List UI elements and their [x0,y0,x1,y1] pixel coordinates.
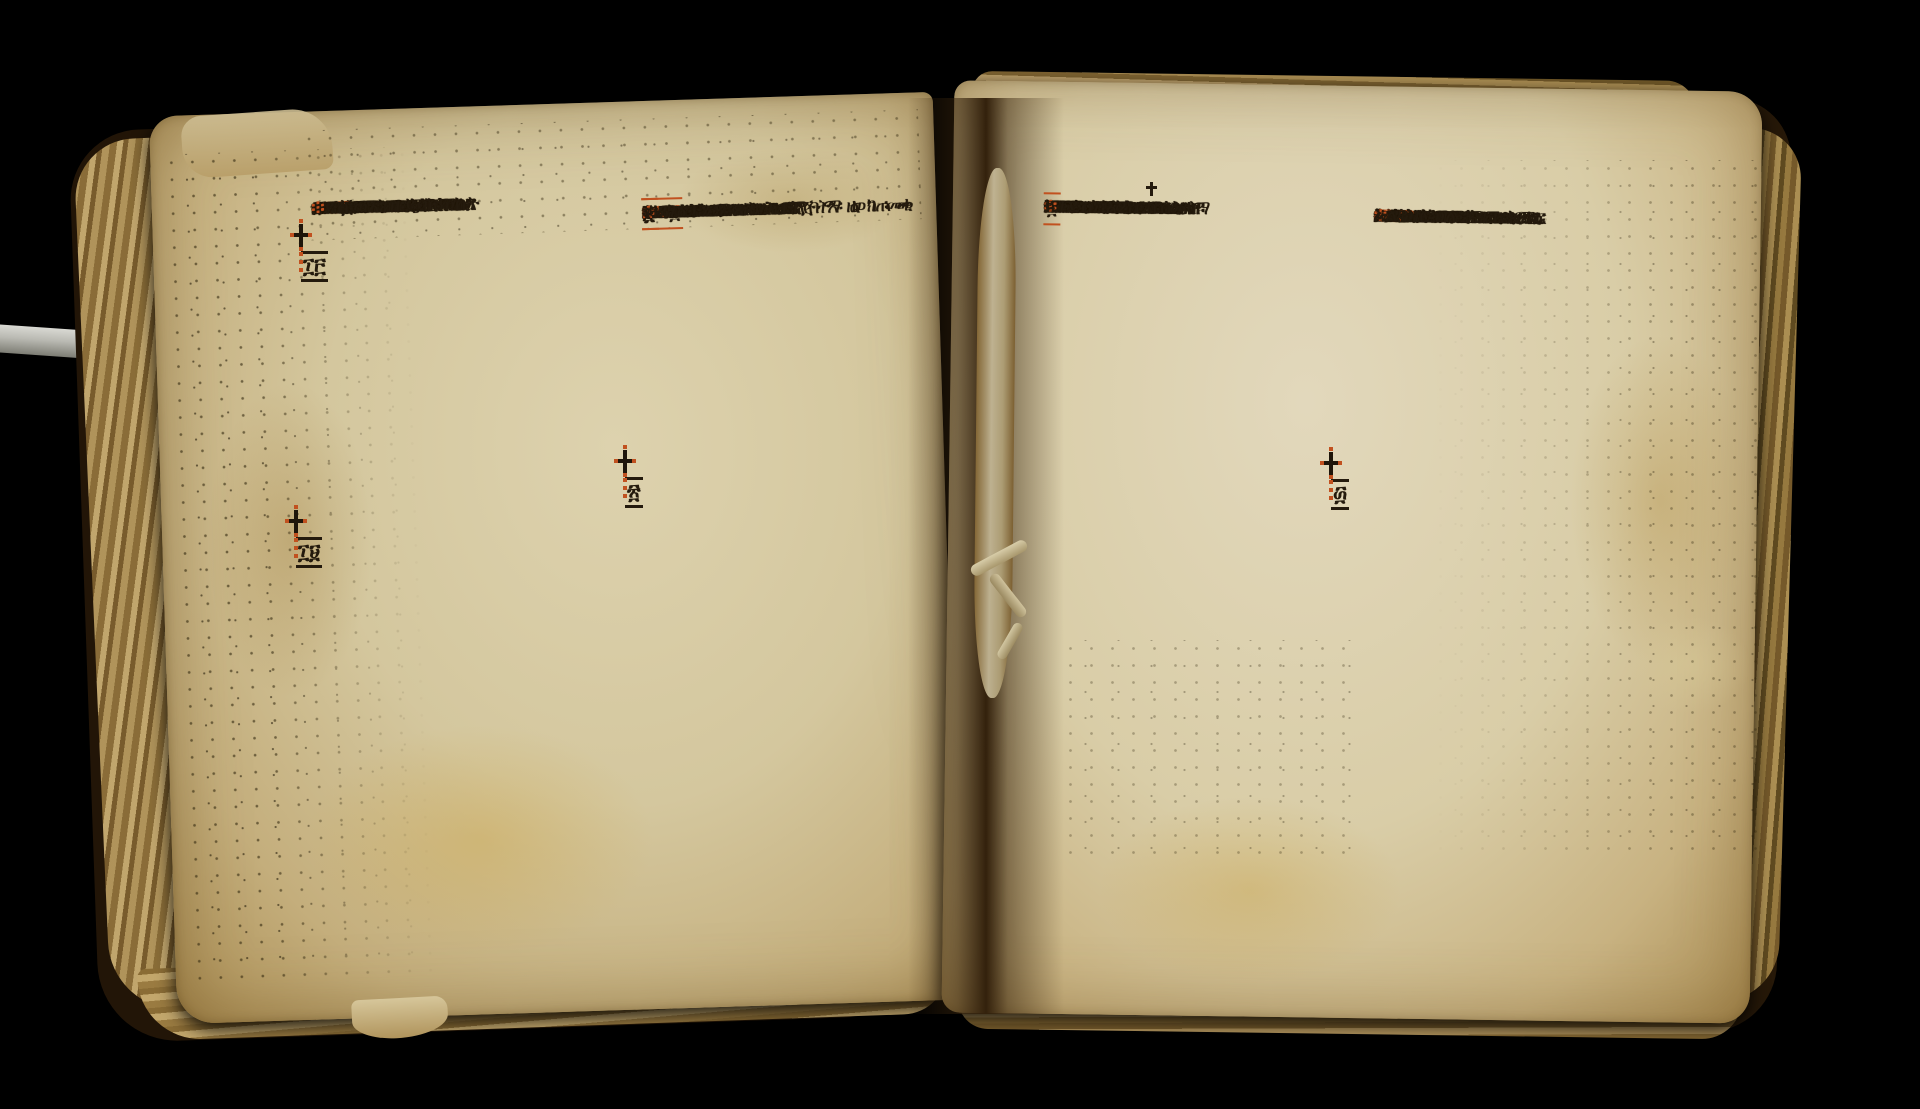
margin-cross-icon [299,224,303,248]
small-cross-icon [1150,182,1153,196]
margin-cross-icon [294,510,298,534]
margin-numeral-19: ፲፱ [279,510,313,542]
bottom-parchment-tab [351,996,449,1041]
margin-red-dots [1329,480,1333,484]
margin-red-dots [623,478,627,482]
margin-red-dots [299,252,303,256]
margin-numeral-value: ፳ [625,477,643,508]
left-page-column-2: ፮፡ጻብር፨ለውስተ፡መልእክተ፡ዘርዌ፡ቆውሎስ፡ዘካሮ፨ሰለክሙ፡እሌ፡እስ… [641,190,939,794]
manuscript-photo-scene: መዕራግ፡ዲያቆን፡ያቅሙ፨እግዚአብሔር፡ቀሲስ፡ባኣቡኤ፡ሂ፡ሞ፨ሰላም፡ለ… [0,0,1920,1109]
margin-numeral-value: ፴ [1331,479,1349,510]
right-page-column-1: ት፨ዘመር፡ሕክሙ፡አስጠራጤቂ፡ብፅዕት፨ፍኖተ፡መንግሎት፨ዘስማ፡ርትዕት… [1036,192,1327,807]
margin-numeral-20: ፳ [608,450,642,482]
margin-numeral-30: ፴ [1314,452,1348,484]
margin-numeral-value: ፲፫ [301,251,328,282]
gutter-frayed-strip [973,168,1017,698]
margin-numeral-13: ፲፫ [284,224,318,256]
margin-red-dots [294,538,298,542]
right-page-column-2: ዪ፡ቅብአከ፡ሜሮን፨ሰላ፡ላሑረትከ፡እግዚአብሔር፡ኄንያ፨እምኢየሩሳሌም… [1366,201,1707,674]
margin-cross-icon [623,450,627,474]
left-page-column-1: መዕራግ፡ዲያቆን፡ያቅሙ፨እግዚአብሔር፡ቀሲስ፡ባኣቡኤ፡ሂ፡ሞ፨ሰላም፡ለ… [311,186,641,790]
margin-cross-icon [1329,452,1333,476]
margin-numeral-value: ፲፱ [296,537,322,568]
